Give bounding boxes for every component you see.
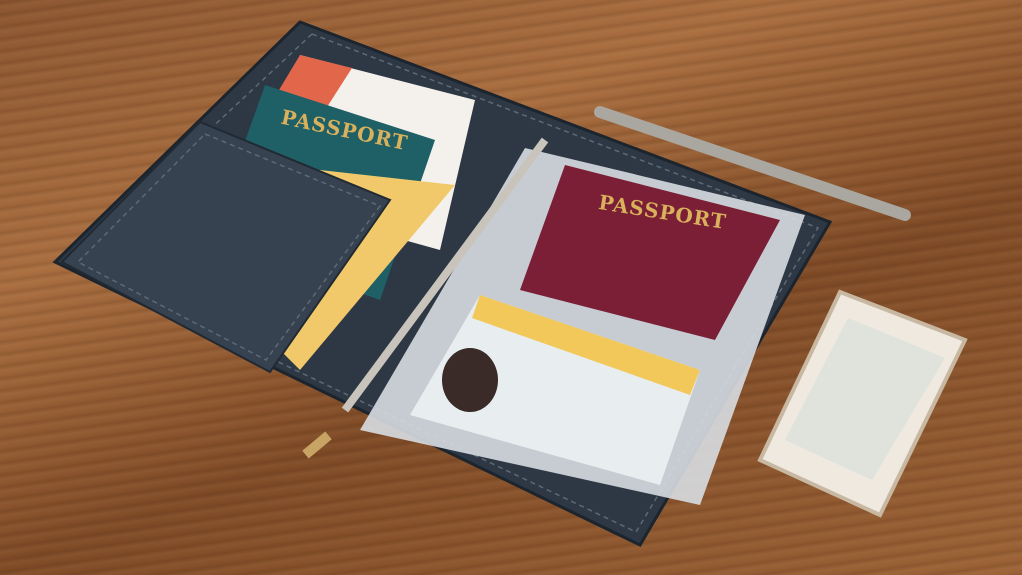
passport-wallet xyxy=(0,0,1022,575)
zipper-pull xyxy=(302,432,331,459)
